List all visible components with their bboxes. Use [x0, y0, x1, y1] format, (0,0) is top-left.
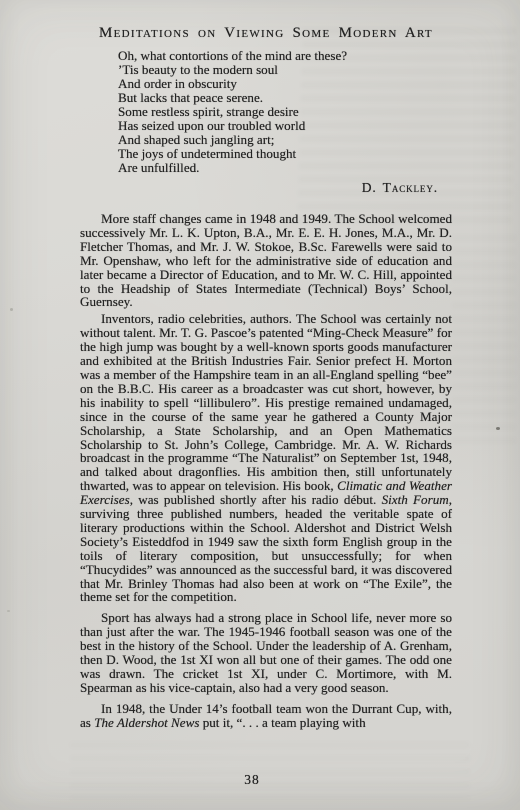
text-run: , was published shortly after his radio … — [130, 492, 382, 507]
poem-line: Some restless spirit, strange desire — [118, 105, 452, 119]
poem: Oh, what contortions of the mind are the… — [118, 49, 452, 175]
poem-line: And order in obscurity — [118, 77, 452, 91]
poem-line: And shaped such jangling art; — [118, 133, 452, 147]
poem-title: Meditations on Viewing Some Modern Art — [80, 24, 452, 42]
poem-line: Are unfulfilled. — [118, 161, 452, 175]
ink-speck — [10, 308, 13, 311]
poem-author-signature: D. Tackley. — [80, 180, 452, 196]
scanned-book-page: Meditations on Viewing Some Modern Art O… — [0, 0, 520, 810]
poem-line: Oh, what contortions of the mind are the… — [118, 49, 452, 63]
text-run: , surviving three published numbers, hea… — [80, 492, 452, 604]
paragraph-staff-changes: More staff changes came in 1948 and 1949… — [80, 212, 452, 309]
page-showthrough-mid-right — [452, 235, 516, 445]
newspaper-title-italic: The Aldershot News — [94, 715, 199, 730]
text-run: Sport has always had a strong place in S… — [80, 610, 452, 695]
magazine-title-italic: Sixth Forum — [382, 492, 449, 507]
poem-line: The joys of undetermined thought — [118, 147, 452, 161]
paragraph-sport: Sport has always had a strong place in S… — [80, 611, 452, 694]
paragraph-school-talent: Inventors, radio celebrities, authors. T… — [80, 312, 452, 604]
page-text-block: Meditations on Viewing Some Modern Art O… — [80, 24, 452, 730]
text-run: More staff changes came in 1948 and 1949… — [80, 211, 452, 309]
poem-line: Has seized upon our troubled world — [118, 119, 452, 133]
poem-line: ’Tis beauty to the modern soul — [118, 63, 452, 77]
text-run: put it, “. . . a team playing with — [199, 715, 365, 730]
poem-line: But lacks that peace serene. — [118, 91, 452, 105]
ink-speck — [7, 610, 10, 612]
page-number: 38 — [66, 772, 438, 788]
ink-speck — [496, 427, 500, 430]
text-run: Inventors, radio celebrities, authors. T… — [80, 311, 452, 493]
page-showthrough-bottom — [70, 742, 470, 800]
paragraph-under-14-cup: In 1948, the Under 14’s football team wo… — [80, 702, 452, 730]
